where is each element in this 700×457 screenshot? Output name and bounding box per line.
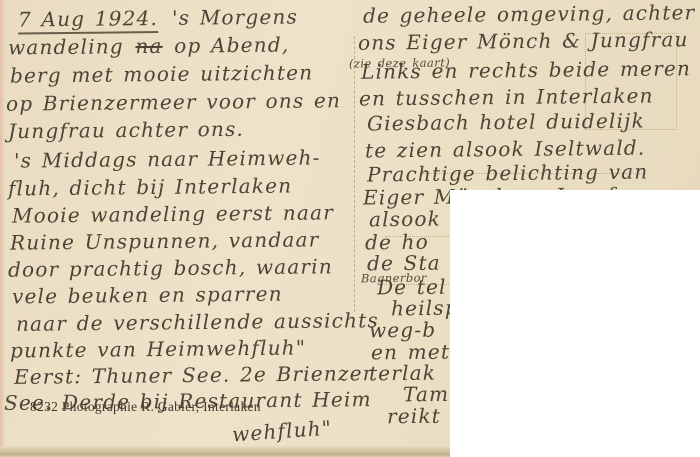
handwritten-continuation-word: wehfluh" (231, 416, 333, 447)
handwritten-line: de geheele omgeving, achter (363, 0, 696, 27)
handwritten-line-partial: alsook (369, 207, 441, 232)
date-underlined: 7 Aug 1924. (18, 6, 158, 34)
line2-post: op Abend, (174, 33, 289, 58)
handwritten-line: Giesbach hotel duidelijk (367, 109, 645, 136)
handwritten-line: vele beuken en sparren (12, 282, 283, 309)
handwritten-line-date: 7 Aug 1924.'s Morgens (18, 5, 298, 32)
postcard-scan: 8232 Photographie R. Gabler, Interlaken … (0, 0, 700, 457)
handwritten-line: wandeling na op Abend, (8, 33, 290, 60)
postcard-center-divider (354, 36, 355, 312)
handwritten-line: Ruine Unspunnen, vandaar (10, 227, 320, 254)
handwritten-line: te zien alsook Iseltwald. (365, 136, 646, 163)
handwritten-line: berg met mooie uitzichten (10, 60, 314, 87)
handwritten-line: 's Middags naar Heimweh- (14, 145, 321, 172)
date-line-rest: 's Morgens (172, 5, 298, 30)
handwritten-line: Jungfrau achter ons. (8, 117, 244, 143)
handwritten-line: fluh, dicht bij Interlaken (8, 174, 293, 201)
handwritten-line-partial: reikt (387, 404, 441, 429)
card-left-edge (0, 0, 5, 457)
handwritten-line: Eerst: Thuner See. 2e Brienzer (14, 361, 374, 389)
struck-word: na (133, 34, 164, 58)
line2-pre: wandeling (8, 34, 124, 59)
handwritten-line: Links en rechts beide meren (361, 56, 691, 83)
handwritten-line: naar de verschillende aussichts (16, 308, 379, 336)
handwritten-line: op Brienzermeer voor ons en (6, 88, 341, 116)
handwritten-line: en tusschen in Interlaken (359, 83, 654, 110)
handwritten-line-partial: heilsp (391, 296, 459, 321)
handwritten-line: door prachtig bosch, waarin (8, 254, 333, 281)
handwritten-line: See. Derde bij Restaurant Heim (4, 387, 372, 415)
handwritten-line-partial: weg-b (369, 318, 437, 343)
handwritten-line: Mooie wandeling eerst naar (12, 200, 334, 227)
blank-overlay (450, 190, 700, 457)
handwritten-line: punkte van Heimwehfluh" (10, 335, 306, 362)
